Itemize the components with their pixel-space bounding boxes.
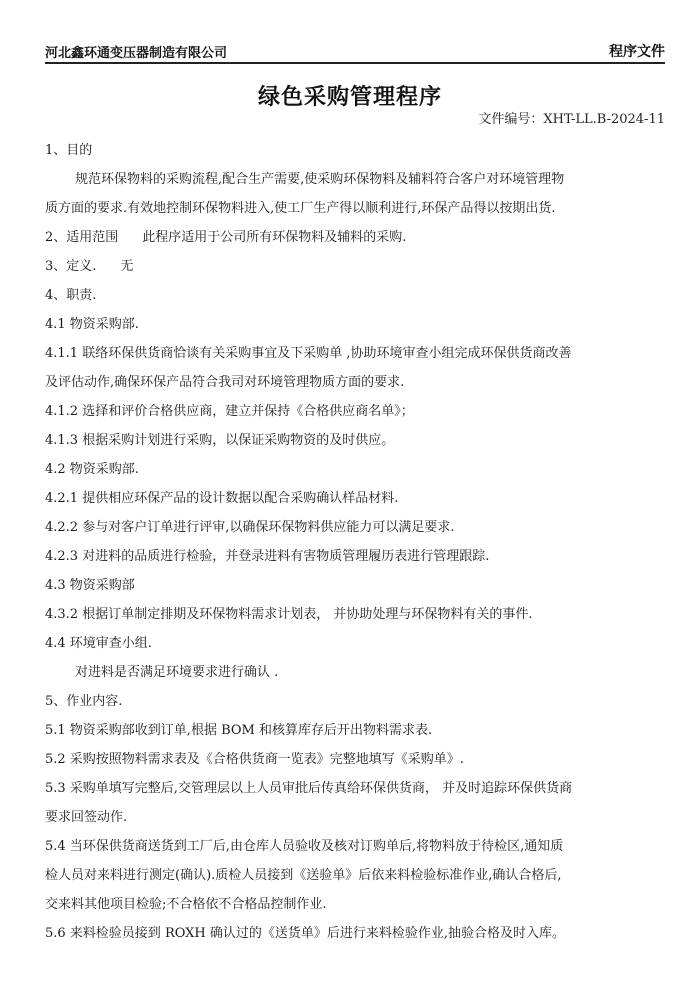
subsection-4-2: 4.2 物资采购部. (45, 455, 667, 484)
item-5-2: 5.2 采购按照物料需求表及《合格供货商一览表》完整地填写《采购单》. (45, 745, 667, 774)
item-4-1-3: 4.1.3 根据采购计划进行采购，以保证采购物资的及时供应。 (45, 426, 667, 455)
section-2-text: 此程序适用于公司所有环保物料及辅料的采购. (142, 230, 406, 245)
item-4-3-2: 4.3.2 根据订单制定排期及环保物料需求计划表， 并协助处理与环保物料有关的事… (45, 600, 667, 629)
item-5-4-cont: 交来料其他项目检验;不合格依不合格品控制作业. (45, 890, 667, 919)
subsection-4-4-text: 对进料是否满足环境要求进行确认 . (45, 658, 667, 687)
item-5-6: 5.6 来料检验员接到 ROXH 确认过的《送货单》后进行来料检验作业,抽验合格… (45, 919, 667, 948)
section-5-heading: 5、作业内容. (45, 687, 667, 716)
document-type: 程序文件 (609, 41, 665, 61)
subsection-4-3: 4.3 物资采购部 (45, 571, 667, 600)
document-title: 绿色采购管理程序 (0, 80, 700, 111)
company-name: 河北鑫环通变压器制造有限公司 (45, 42, 227, 61)
page-header: 河北鑫环通变压器制造有限公司 程序文件 (45, 42, 665, 64)
section-1-heading: 1、目的 (45, 136, 667, 165)
item-5-3-cont: 要求回签动作. (45, 803, 667, 832)
item-5-4: 5.4 当环保供货商送货到工厂后,由仓库人员验收及核对订购单后,将物料放于待检区… (45, 832, 667, 861)
section-2-heading: 2、适用范围 (45, 230, 118, 245)
section-1-paragraph-line: 质方面的要求.有效地控制环保物料进入,使工厂生产得以顺利进行,环保产品得以按期出… (45, 194, 667, 223)
item-4-1-1-cont: 及评估动作,确保环保产品符合我司对环境管理物质方面的要求. (45, 368, 667, 397)
section-1-paragraph-line: 规范环保物料的采购流程,配合生产需要,使采购环保物料及辅料符合客户对环境管理物 (45, 165, 667, 194)
item-4-2-3: 4.2.3 对进料的品质进行检验，并登录进料有害物质管理履历表进行管理跟踪. (45, 542, 667, 571)
section-4-heading: 4、职责. (45, 281, 667, 310)
section-3-text: 无 (120, 259, 133, 274)
section-3-heading: 3、定义. (45, 259, 96, 274)
subsection-4-1: 4.1 物资采购部. (45, 310, 667, 339)
item-4-1-2: 4.1.2 选择和评价合格供应商，建立并保持《合格供应商名单》； (45, 397, 667, 426)
item-5-4-cont: 检人员对来料进行测定(确认).质检人员接到《送验单》后依来料检验标准作业,确认合… (45, 861, 667, 890)
item-5-1: 5.1 物资采购部收到订单,根据 BOM 和核算库存后开出物料需求表. (45, 716, 667, 745)
item-4-2-1: 4.2.1 提供相应环保产品的设计数据以配合采购确认样品材料. (45, 484, 667, 513)
document-number: 文件编号：XHT-LL.B-2024-11 (478, 108, 665, 127)
section-3: 3、定义.无 (45, 252, 667, 281)
item-4-1-1: 4.1.1 联络环保供货商恰谈有关采购事宜及下采购单 ,协助环境审查小组完成环保… (45, 339, 667, 368)
item-5-3: 5.3 采购单填写完整后,交管理层以上人员审批后传真给环保供货商， 并及时追踪环… (45, 774, 667, 803)
section-2: 2、适用范围此程序适用于公司所有环保物料及辅料的采购. (45, 223, 667, 252)
document-body: 1、目的 规范环保物料的采购流程,配合生产需要,使采购环保物料及辅料符合客户对环… (45, 136, 667, 948)
subsection-4-4: 4.4 环境审查小组. (45, 629, 667, 658)
item-4-2-2: 4.2.2 参与对客户订单进行评审,以确保环保物料供应能力可以满足要求. (45, 513, 667, 542)
